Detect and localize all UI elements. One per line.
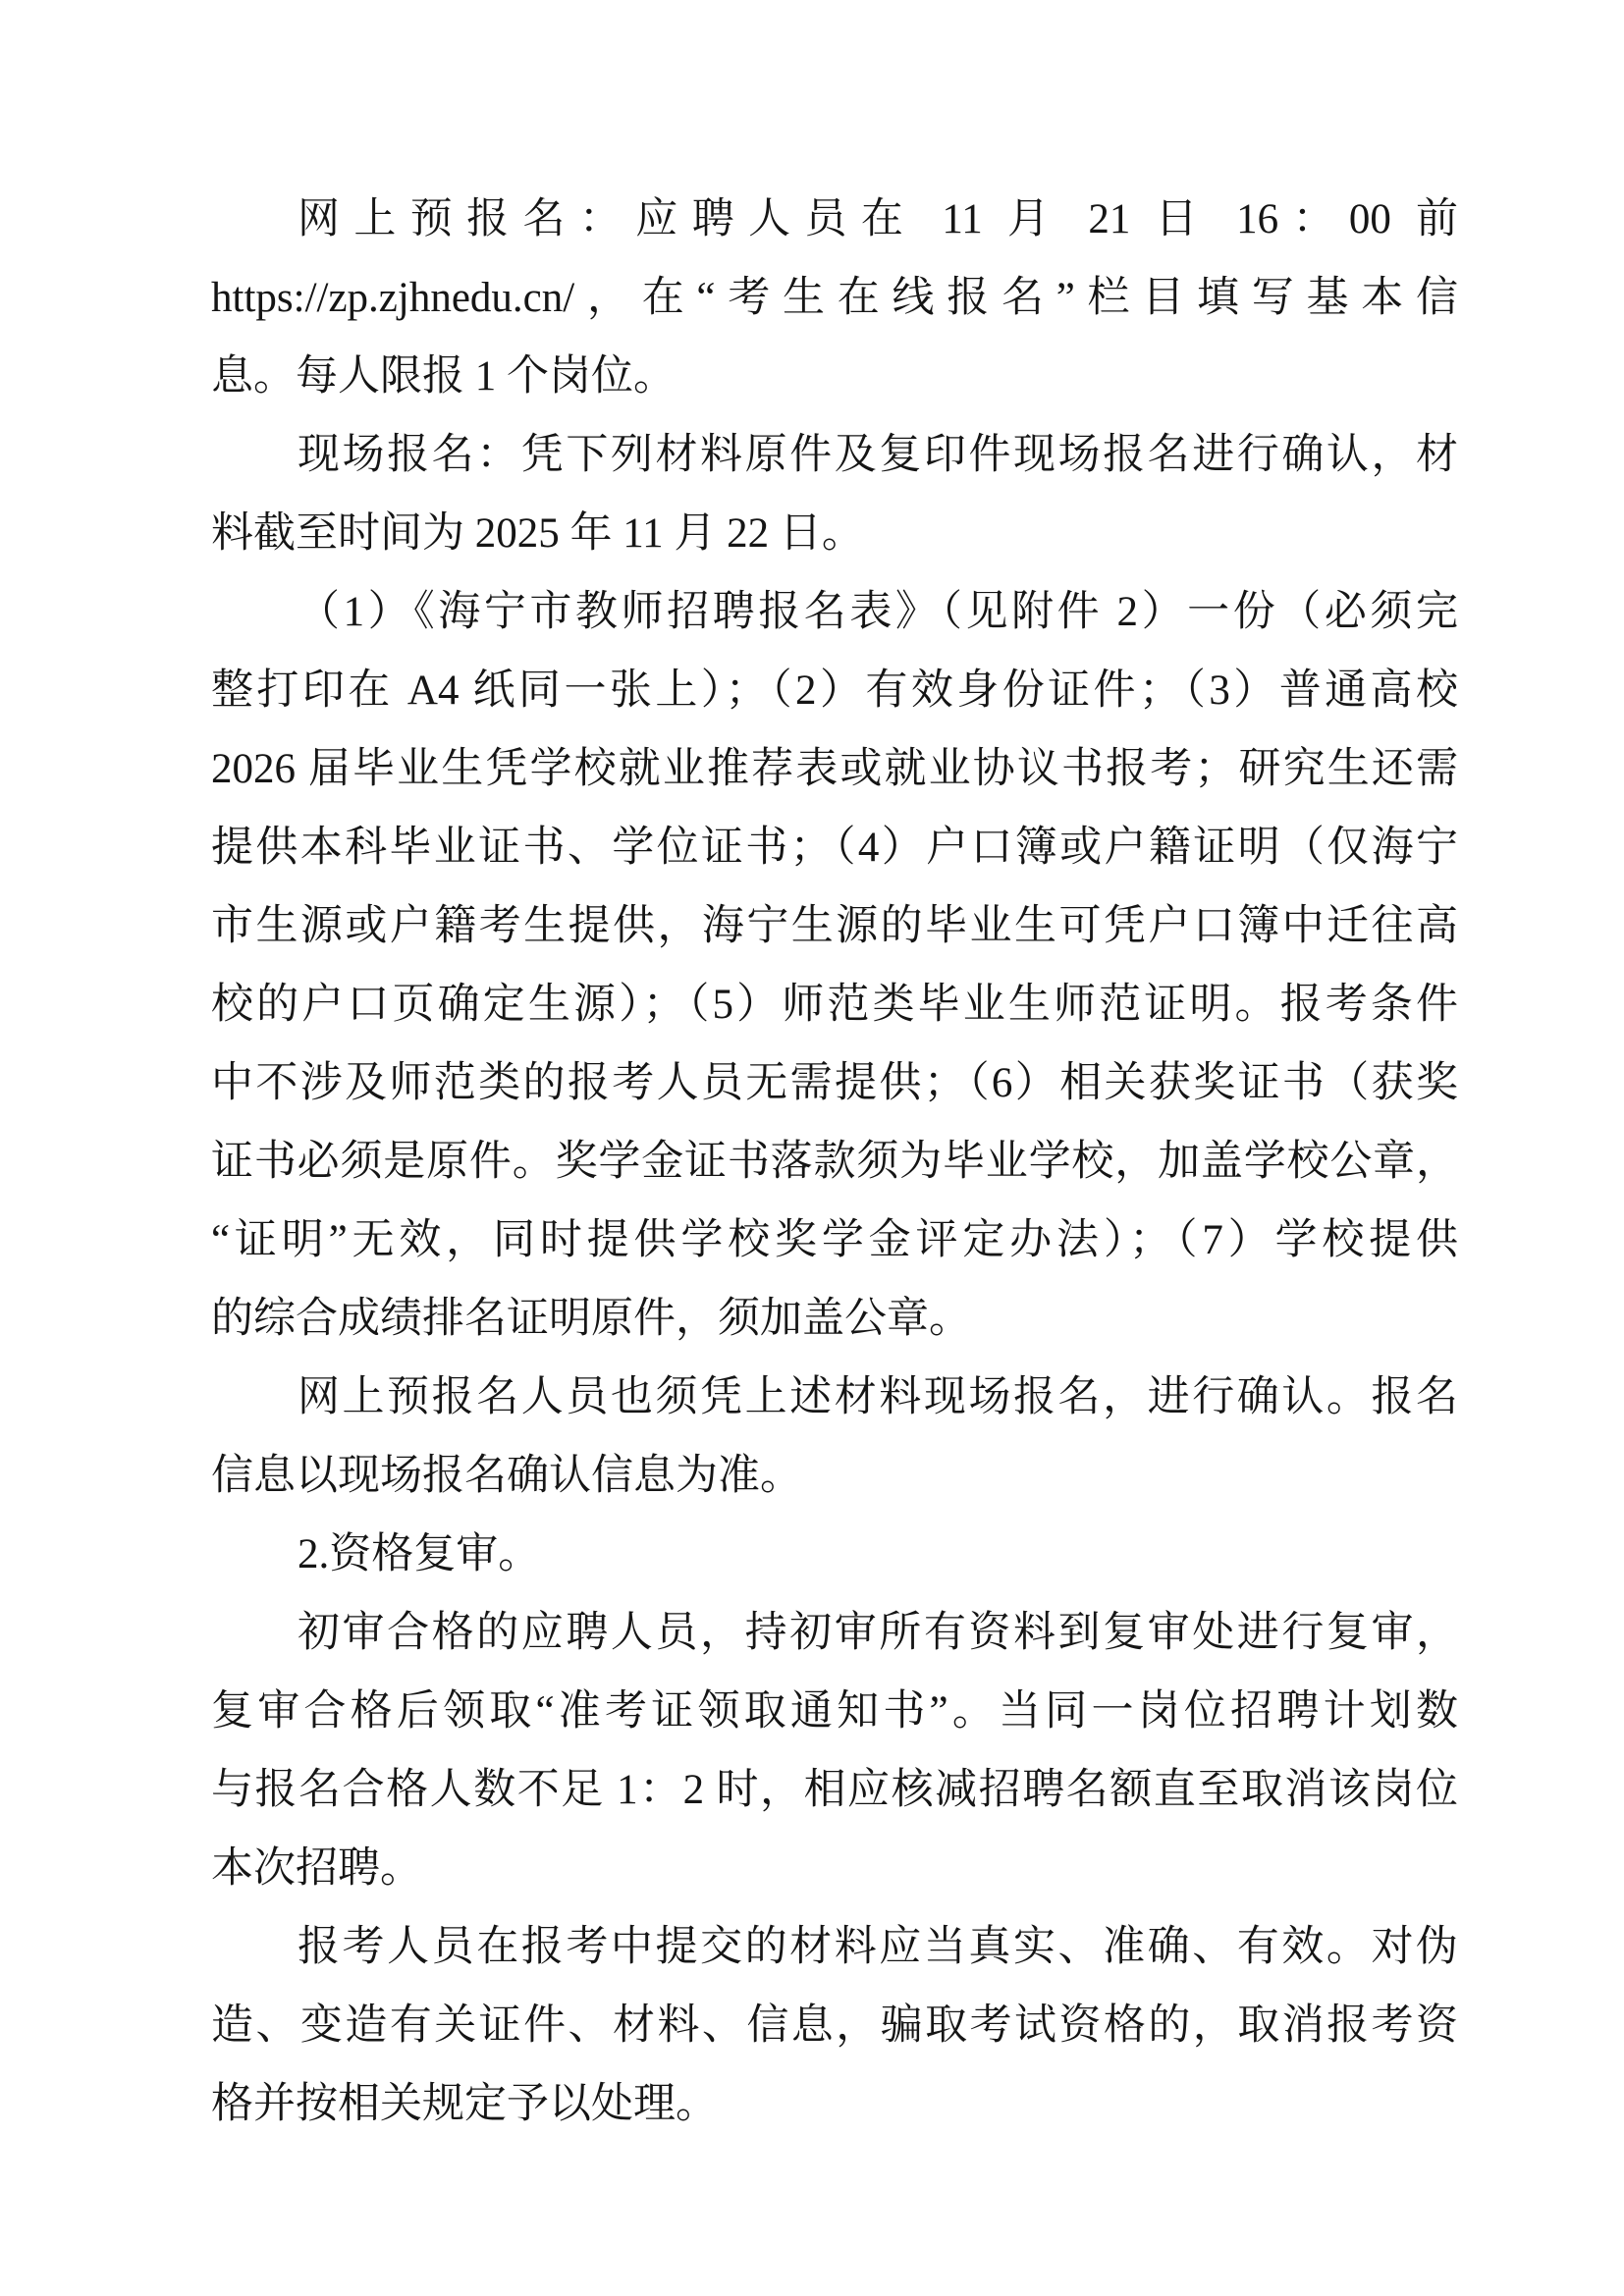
text-line: 复审合格后领取“准考证领取通知书”。当同一岗位招聘计划数: [211, 1673, 1458, 1751]
text-line: 证书必须是原件。奖学金证书落款须为毕业学校，加盖学校公章，: [211, 1123, 1458, 1201]
text-line: 现场报名：凭下列材料原件及复印件现场报名进行确认，材: [211, 416, 1458, 495]
text-line: 本次招聘。: [211, 1830, 1458, 1908]
text-line: （1）《海宁市教师招聘报名表》（见附件 2）一份（必须完: [211, 573, 1458, 652]
text-line: 2026 届毕业生凭学校就业推荐表或就业协议书报考；研究生还需: [211, 730, 1458, 809]
text-line: 的综合成绩排名证明原件，须加盖公章。: [211, 1280, 1458, 1359]
text-line: 报考人员在报考中提交的材料应当真实、准确、有效。对伪: [211, 1908, 1458, 1987]
text-line: 造、变造有关证件、材料、信息，骗取考试资格的，取消报考资: [211, 1987, 1458, 2065]
text-line: 市生源或户籍考生提供，海宁生源的毕业生可凭户口簿中迁往高: [211, 887, 1458, 966]
text-line: 中不涉及师范类的报考人员无需提供；（6）相关获奖证书（获奖: [211, 1044, 1458, 1123]
text-line: 格并按相关规定予以处理。: [211, 2065, 1458, 2144]
text-line: 整打印在 A4 纸同一张上）；（2）有效身份证件；（3）普通高校: [211, 652, 1458, 730]
text-line: 料截至时间为 2025 年 11 月 22 日。: [211, 495, 1458, 573]
text-line: 息。每人限报 1 个岗位。: [211, 338, 1458, 416]
body-text: 网上预报名：应聘人员在 11 月 21 日 16：00 前https://zp.…: [211, 181, 1458, 2144]
text-line: https://zp.zjhnedu.cn/，在“考生在线报名”栏目填写基本信: [211, 259, 1458, 338]
text-line: 初审合格的应聘人员，持初审所有资料到复审处进行复审，: [211, 1594, 1458, 1673]
text-line: 网上预报名人员也须凭上述材料现场报名，进行确认。报名: [211, 1359, 1458, 1437]
text-line: 与报名合格人数不足 1：2 时，相应核减招聘名额直至取消该岗位: [211, 1751, 1458, 1830]
document-page: 网上预报名：应聘人员在 11 月 21 日 16：00 前https://zp.…: [0, 0, 1624, 2296]
text-line: “证明”无效，同时提供学校奖学金评定办法）；（7）学校提供: [211, 1201, 1458, 1280]
text-line: 网上预报名：应聘人员在 11 月 21 日 16：00 前: [211, 181, 1458, 259]
text-line: 校的户口页确定生源）；（5）师范类毕业生师范证明。报考条件: [211, 966, 1458, 1044]
text-line: 信息以现场报名确认信息为准。: [211, 1437, 1458, 1516]
text-line: 提供本科毕业证书、学位证书；（4）户口簿或户籍证明（仅海宁: [211, 809, 1458, 887]
text-line: 2.资格复审。: [211, 1516, 1458, 1594]
